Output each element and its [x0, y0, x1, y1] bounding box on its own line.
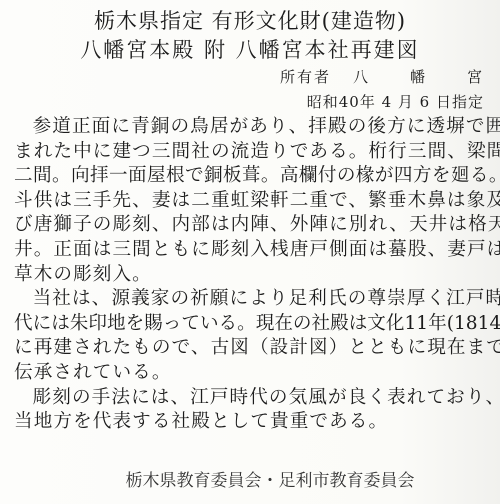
owner-char: 幡: [410, 68, 427, 86]
designation-date: 昭和40年 4 月 6 日指定: [307, 91, 484, 112]
body-line: 代には朱印地を賜っている。現在の社殿は文化11年(1814): [14, 312, 488, 337]
owner-line: 所有者八幡宮: [280, 66, 484, 87]
owner-char: 宮: [467, 68, 484, 86]
body-line: 斗供は三手先、妻は二重虹梁軒二重で、繁垂木鼻は象及: [14, 189, 488, 214]
signboard: 栃木県指定 有形文化財(建造物) 八幡宮本殿 附 八幡宮本社再建図 所有者八幡宮…: [0, 0, 500, 504]
description-text: 参道正面に青銅の鳥居があり、拝殿の後方に透塀で囲 まれた中に建つ三間社の流造りで…: [14, 115, 488, 435]
owner-char: 八: [353, 68, 370, 86]
owner-label: 所有者: [280, 68, 331, 86]
issuer-footer: 栃木県教育委員会・足利市教育委員会: [0, 466, 500, 491]
body-line: 当社は、源義家の祈願により足利氏の尊崇厚く江戸時: [14, 287, 488, 312]
title-property-name: 八幡宮本殿 附 八幡宮本社再建図: [0, 34, 500, 64]
body-line: に再建されたもので、古図（設計図）とともに現在まで: [14, 336, 488, 361]
body-line: 参道正面に青銅の鳥居があり、拝殿の後方に透塀で囲: [14, 115, 488, 140]
body-line: まれた中に建つ三間社の流造りである。桁行三間、梁間: [14, 140, 488, 165]
body-line: 井。正面は三間ともに彫刻入桟唐戸側面は蟇股、妻戸は: [14, 238, 488, 263]
body-line: 当地方を代表する社殿として貴重である。: [14, 410, 488, 435]
body-line: 伝承されている。: [14, 361, 488, 386]
body-line: 彫刻の手法には、江戸時代の気風が良く表れており、: [14, 386, 488, 411]
title-designation: 栃木県指定 有形文化財(建造物): [0, 5, 500, 35]
body-line: び唐獅子の彫刻、内部は内陣、外陣に別れ、天井は格天: [14, 213, 488, 238]
body-line: 草木の彫刻入。: [14, 263, 488, 288]
body-line: 二間。向拝一面屋根で銅板葺。高欄付の椽が四方を廻る。: [14, 164, 488, 189]
